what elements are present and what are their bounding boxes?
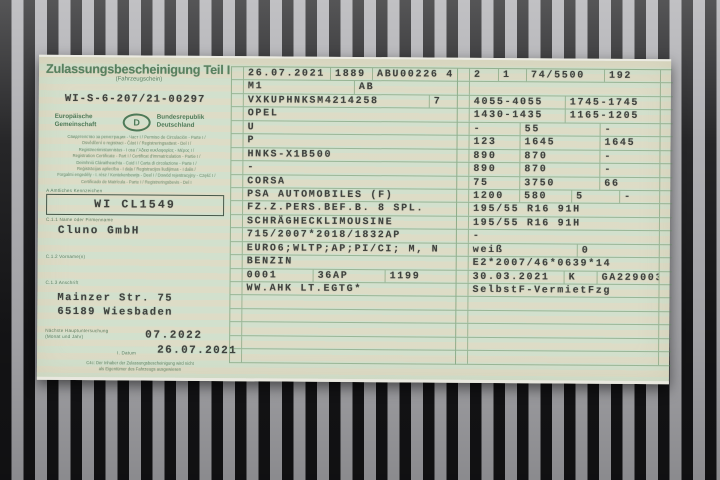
edge-code-cell <box>658 312 671 325</box>
address-street: Mainzer Str. 75 <box>57 292 173 305</box>
field-code-cell <box>457 203 469 216</box>
table-cell: 1430-1435 <box>470 109 565 122</box>
table-cell: 890 <box>469 149 519 162</box>
field-code-cell <box>458 69 470 82</box>
table-cell: 1645 <box>599 137 659 150</box>
photo-background: { "document": { "title": "Zulassungsbesc… <box>0 0 720 480</box>
field-code-cell <box>457 230 469 243</box>
vehicle-data-table-right: 2174/55001924055-40551745-17451430-14351… <box>455 69 673 366</box>
field-code-cell <box>456 297 468 310</box>
next-inspection-date: 07.2022 <box>145 330 203 342</box>
table-row <box>456 351 671 366</box>
vehicle-data-table-middle: 26.07.20211889ABU00226 4M1ABVXKUPHNKSM42… <box>230 67 457 364</box>
edge-code-cell <box>659 151 672 164</box>
table-cell: BENZIN <box>243 255 456 269</box>
table-cell: 4055-4055 <box>470 96 565 109</box>
country-oval-icon: D <box>123 113 151 131</box>
table-cell: - <box>599 164 659 177</box>
table-cell: 7 <box>429 95 457 108</box>
edge-code-cell <box>659 178 672 191</box>
field-code-cell <box>230 282 242 295</box>
edge-code-cell <box>658 352 671 365</box>
edge-code-cell <box>660 110 673 123</box>
field-code-cell <box>231 175 243 188</box>
table-cell: GA229003 <box>597 271 659 284</box>
table-cell: 55 <box>520 123 600 136</box>
table-cell: SCHRÄGHECKLIMOUSINE <box>243 215 456 229</box>
issue-date: 26.07.2021 <box>157 345 237 358</box>
table-cell: 1200 <box>469 190 519 203</box>
table-cell: 870 <box>519 163 599 176</box>
address-field-label: C.1.3 Anschrift <box>46 280 79 285</box>
field-code-cell <box>457 136 469 149</box>
edge-code-cell <box>659 205 672 218</box>
document-subtitle: (Fahrzeugschein) <box>39 76 239 83</box>
edge-code-cell <box>659 218 672 231</box>
field-code-cell <box>458 109 470 122</box>
field-code-cell <box>230 322 242 335</box>
field-code-cell <box>232 134 244 147</box>
field-code-cell <box>230 309 242 322</box>
table-cell: 195/55 R16 91H <box>469 217 659 231</box>
edge-code-cell <box>659 258 672 271</box>
table-cell: 0 <box>577 244 659 257</box>
field-code-cell <box>232 81 244 94</box>
field-code-cell <box>231 215 243 228</box>
table-cell: 2 <box>470 69 498 82</box>
field-code-cell <box>457 257 469 270</box>
table-cell: 1199 <box>385 270 456 283</box>
field-code-cell <box>232 107 244 120</box>
field-code-cell <box>231 188 243 201</box>
table-cell: - <box>600 123 660 136</box>
multilingual-fine-print: Свидетелство за регистрация - Част I / P… <box>42 134 230 187</box>
country-name-label: Bundesrepublik Deutschland <box>157 114 205 129</box>
table-cell: OPEL <box>244 108 457 122</box>
field-code-cell <box>457 217 469 230</box>
field-code-cell <box>230 349 242 362</box>
table-cell: - <box>470 123 520 136</box>
edge-code-cell <box>659 137 672 150</box>
table-cell: 74/5500 <box>526 69 604 82</box>
table-cell: 1 <box>498 69 526 82</box>
table-cell: EURO6;WLTP;AP;PI/CI; M, N <box>243 242 456 256</box>
table-cell: 5 <box>571 190 619 203</box>
field-code-cell <box>231 255 243 268</box>
eu-community-label: Europäische Gemeinschaft <box>55 113 97 128</box>
table-cell: 1165-1205 <box>565 110 660 123</box>
field-code-cell <box>457 163 469 176</box>
table-cell: AB <box>354 81 457 94</box>
edge-code-cell <box>660 97 673 110</box>
table-cell: - <box>243 161 456 175</box>
table-cell: 870 <box>519 150 599 163</box>
field-code-cell <box>232 121 244 134</box>
vehicle-data-grid: 26.07.20211889ABU00226 4M1ABVXKUPHNKSM42… <box>229 66 672 366</box>
table-cell: U <box>244 121 457 135</box>
table-cell: - <box>599 150 659 163</box>
table-cell: 192 <box>604 70 660 83</box>
table-cell: M1 <box>244 81 354 94</box>
owner-name: Cluno GmbH <box>58 225 140 238</box>
edge-code-cell <box>659 272 672 285</box>
field-code-cell <box>457 270 469 283</box>
table-cell: - <box>469 230 659 244</box>
field-code-cell <box>231 269 243 282</box>
field-code-cell <box>456 324 468 337</box>
field-code-cell <box>231 202 243 215</box>
field-code-cell <box>457 243 469 256</box>
table-cell: E2*2007/46*0639*14 <box>469 257 659 271</box>
table-cell: 580 <box>519 190 571 203</box>
table-cell: SelbstF-VermietFzg <box>468 284 658 298</box>
edge-code-cell <box>659 231 672 244</box>
field-code-cell <box>457 190 469 203</box>
table-cell: FZ.Z.PERS.BEF.B. 8 SPL. <box>243 202 456 216</box>
owner-field-label: C.1.1 Name oder Firmenname <box>46 217 113 222</box>
table-cell: HNKS-X1B500 <box>243 148 456 162</box>
license-plate-number: WI CL1549 <box>94 198 176 212</box>
inspection-field-label: Nächste Hauptuntersuchung (Monat und Jah… <box>45 328 108 340</box>
field-code-cell <box>456 351 468 364</box>
field-code-cell <box>458 82 470 95</box>
table-cell: 195/55 R16 91H <box>469 203 659 217</box>
edge-code-cell <box>659 164 672 177</box>
document-title: Zulassungsbescheinigung Teil I <box>46 62 230 77</box>
table-cell: 75 <box>469 176 519 189</box>
table-row <box>230 349 455 364</box>
field-code-cell <box>232 94 244 107</box>
table-cell: VXKUPHNKSM4214258 <box>244 94 429 108</box>
edge-code-cell <box>660 124 673 137</box>
plate-field-label: A Amtliches Kennzeichen <box>46 188 102 193</box>
firstname-field-label: C.1.2 Vorname(n) <box>46 254 86 259</box>
document-serial-number: WI-S-6-207/21-00297 <box>65 93 206 106</box>
field-code-cell <box>230 296 242 309</box>
field-code-cell <box>457 176 469 189</box>
table-cell: 36AP <box>313 269 385 282</box>
field-code-cell <box>231 161 243 174</box>
table-cell: 26.07.2021 <box>244 67 330 80</box>
issue-date-field-label: I. Datum <box>117 350 136 355</box>
edge-code-cell <box>658 299 671 312</box>
field-code-cell <box>231 242 243 255</box>
edge-code-cell <box>658 339 671 352</box>
table-cell: K <box>564 271 597 284</box>
table-cell: P <box>244 134 457 148</box>
table-cell: weiß <box>469 243 577 256</box>
table-cell: 30.03.2021 <box>469 270 564 283</box>
table-cell: - <box>619 191 659 204</box>
fine-print-line: Certificado de Matrícula - Parte I / Reg… <box>42 179 230 187</box>
field-code-cell <box>456 337 468 350</box>
edge-code-cell <box>658 285 671 298</box>
table-cell: PSA AUTOMOBILES (F) <box>243 188 456 202</box>
address-city: 65189 Wiesbaden <box>57 306 173 319</box>
field-code-cell <box>230 336 242 349</box>
table-cell: 1645 <box>519 136 599 149</box>
field-code-cell <box>231 148 243 161</box>
field-code-cell <box>458 122 470 135</box>
table-cell: WW.AHK LT.EGTG* <box>242 282 455 296</box>
field-code-cell <box>231 228 243 241</box>
license-plate-box: WI CL1549 <box>46 194 224 216</box>
edge-code-cell <box>659 245 672 258</box>
edge-code-cell <box>658 325 671 338</box>
field-code-cell <box>456 311 468 324</box>
table-cell: ABU00226 4 <box>372 68 457 81</box>
footnote-text: C4c: Der Inhaber der Zulassungsbescheini… <box>41 360 239 373</box>
table-cell: 3750 <box>519 177 599 190</box>
edge-code-cell <box>659 191 672 204</box>
table-cell: 1745-1745 <box>565 96 660 109</box>
table-cell: 890 <box>469 163 519 176</box>
field-code-cell <box>457 149 469 162</box>
table-cell: 123 <box>469 136 519 149</box>
field-code-cell <box>232 67 244 80</box>
table-cell: CORSA <box>243 175 456 189</box>
registration-document: Zulassungsbescheinigung Teil I (Fahrzeug… <box>37 55 671 384</box>
edge-code-cell <box>660 84 673 97</box>
table-cell: 715/2007*2018/1832AP <box>243 228 456 242</box>
field-code-cell <box>458 96 470 109</box>
table-cell: 0001 <box>243 269 313 282</box>
field-code-cell <box>456 284 468 297</box>
table-cell: 1889 <box>330 68 372 81</box>
table-cell: 66 <box>599 177 659 190</box>
edge-code-cell <box>660 70 673 83</box>
